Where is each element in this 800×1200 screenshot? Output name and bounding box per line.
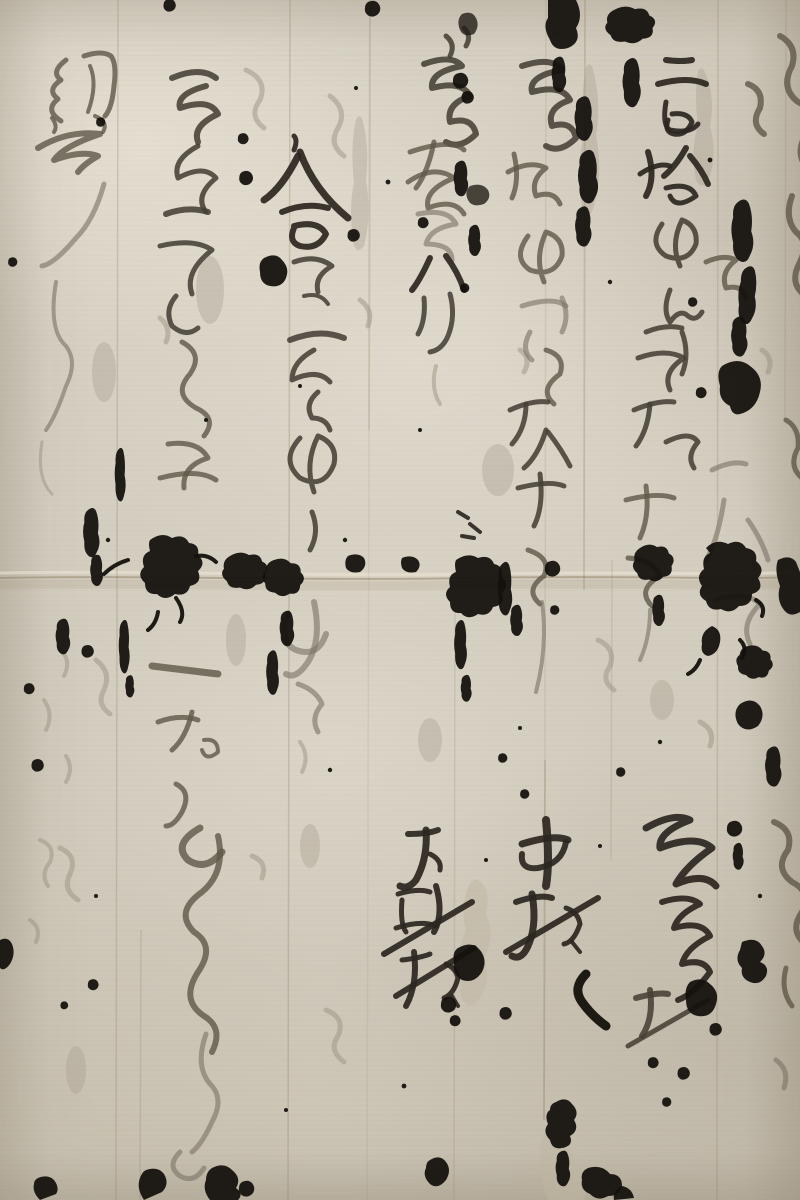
manuscript-photo: Photograph of an aged Edo-period Japanes… bbox=[0, 0, 800, 1200]
fold-creases bbox=[0, 0, 800, 1200]
pale-stains bbox=[66, 64, 714, 1200]
text-column-flourish: Faded cursive column with bar stroke and… bbox=[152, 72, 222, 1179]
text-column-no: 納 (payment/delivery) with long faded des… bbox=[30, 53, 115, 942]
ink-damage-blobs bbox=[0, 0, 800, 1200]
calligraphy-layer: Photograph of an aged Edo-period Japanes… bbox=[0, 0, 800, 1200]
